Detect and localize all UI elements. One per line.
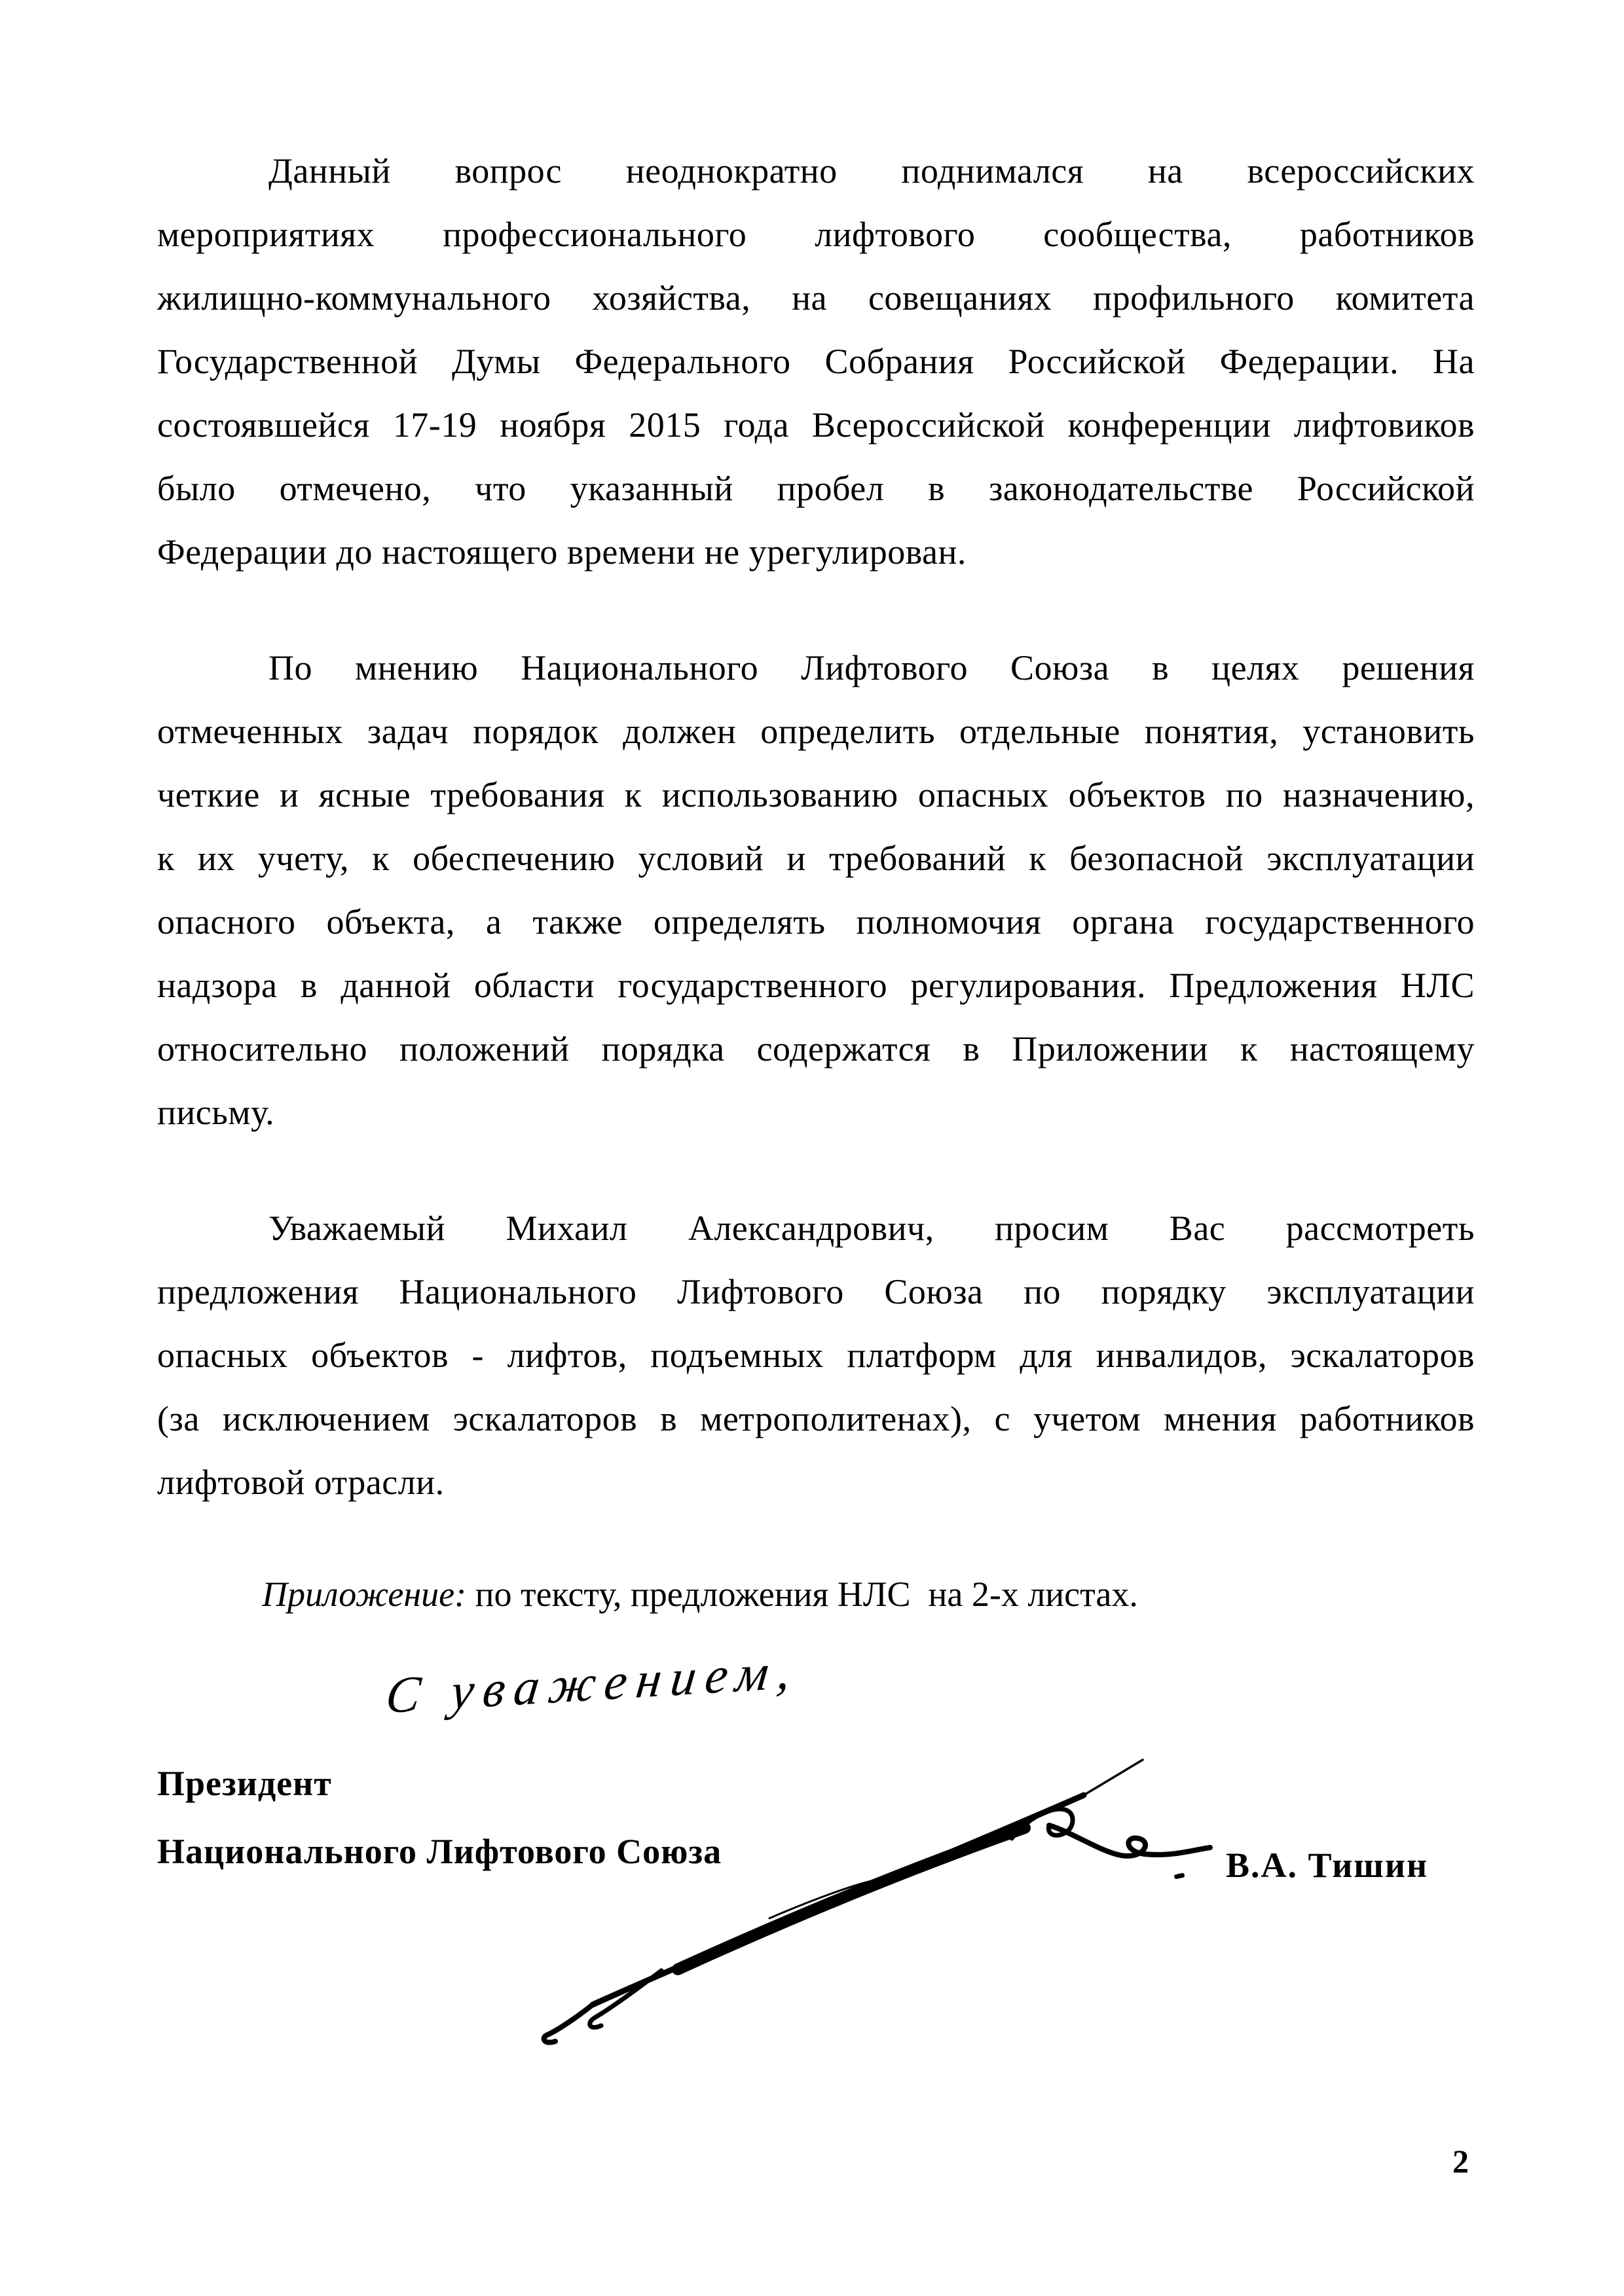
text-line: письму.: [157, 1081, 1475, 1144]
text-line: надзора в данной области государственног…: [157, 954, 1475, 1017]
signature-name: В.А. Тишин: [1226, 1845, 1428, 1886]
text-line: лифтовой отрасли.: [157, 1451, 1475, 1514]
text-line: По мнению Национального Лифтового Союза …: [157, 636, 1475, 700]
handwritten-closing: С уважением,: [383, 1630, 978, 1726]
text-line: опасных объектов - лифтов, подъемных пла…: [157, 1324, 1475, 1387]
text-line: (за исключением эскалаторов в метрополит…: [157, 1387, 1475, 1451]
text-line: Данный вопрос неоднократно поднимался на…: [157, 139, 1475, 203]
text-line: Государственной Думы Федерального Собран…: [157, 330, 1475, 393]
attachment-text: по тексту, предложения НЛС на 2-х листах…: [466, 1575, 1138, 1614]
text-line: предложения Национального Лифтового Союз…: [157, 1260, 1475, 1324]
document-page: Данный вопрос неоднократно поднимался на…: [0, 0, 1624, 2296]
attachment-line: Приложение: по тексту, предложения НЛС н…: [157, 1563, 1475, 1626]
attachment-label: Приложение:: [262, 1575, 466, 1614]
signature-flourish-icon: [511, 1715, 1270, 2082]
paragraph-1: Данный вопрос неоднократно поднимался на…: [157, 139, 1475, 584]
page-number: 2: [1452, 2142, 1469, 2180]
text-line: к их учету, к обеспечению условий и треб…: [157, 827, 1475, 890]
paragraph-3: Уважаемый Михаил Александрович, просим В…: [157, 1197, 1475, 1514]
text-line: отмеченных задач порядок должен определи…: [157, 700, 1475, 763]
letter-body: Данный вопрос неоднократно поднимался на…: [157, 139, 1475, 1626]
text-line: опасного объекта, а также определять пол…: [157, 890, 1475, 954]
paragraph-2: По мнению Национального Лифтового Союза …: [157, 636, 1475, 1144]
text-line: Федерации до настоящего времени не урегу…: [157, 520, 1475, 584]
text-line: состоявшейся 17-19 ноября 2015 года Всер…: [157, 393, 1475, 457]
text-line: было отмечено, что указанный пробел в за…: [157, 457, 1475, 520]
text-line: Уважаемый Михаил Александрович, просим В…: [157, 1197, 1475, 1260]
text-line: четкие и ясные требования к использовани…: [157, 763, 1475, 827]
text-line: относительно положений порядка содержатс…: [157, 1017, 1475, 1081]
text-line: мероприятиях профессионального лифтового…: [157, 203, 1475, 266]
text-line: жилищно-коммунального хозяйства, на сове…: [157, 266, 1475, 330]
